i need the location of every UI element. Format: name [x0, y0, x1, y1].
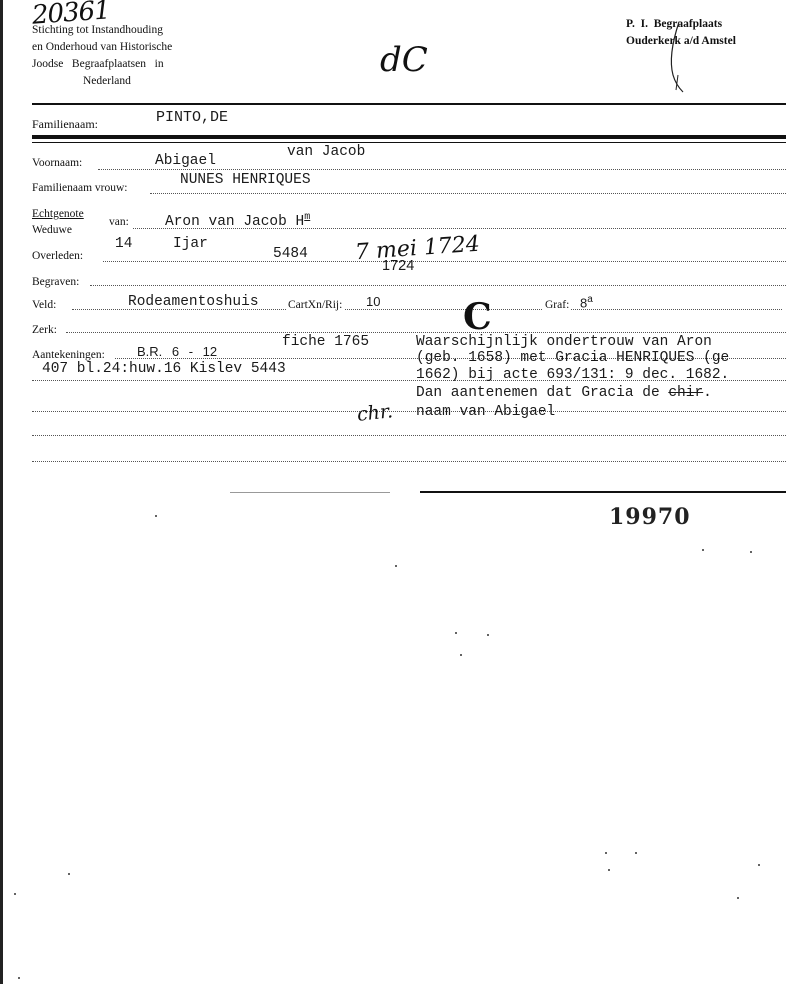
- double-rule-top: [32, 135, 786, 139]
- org-line-1: Stichting tot Instandhouding: [32, 22, 172, 39]
- scan-speck: [608, 869, 610, 871]
- aantekeningen-line-3: [32, 411, 786, 412]
- weduwe-label: Weduwe: [32, 224, 72, 236]
- note-line-3: 1662) bij acte 693/131: 9 dec. 1682.: [416, 367, 729, 383]
- familienaam-vrouw-value: NUNES HENRIQUES: [180, 172, 311, 188]
- overleden-label: Overleden:: [32, 250, 83, 262]
- aantekeningen-line1: B.R. 6 - 12: [137, 344, 217, 359]
- scan-speck: [758, 864, 760, 866]
- scan-speck: [460, 654, 462, 656]
- overleden-line: [103, 261, 786, 262]
- overleden-year-hebrew: 5484: [273, 246, 308, 262]
- org-line-4: Nederland: [32, 73, 172, 90]
- scan-speck: [395, 565, 397, 567]
- zerk-line: [66, 332, 786, 333]
- scan-speck: [605, 852, 607, 854]
- scan-speck: [14, 893, 16, 895]
- double-rule-bottom: [32, 142, 786, 143]
- struck-word: chir: [668, 385, 703, 401]
- overleden-day: 14: [115, 236, 132, 252]
- begraven-label: Begraven:: [32, 276, 79, 288]
- voornaam-label: Voornaam:: [32, 157, 82, 169]
- organisation-header: Stichting tot Instandhouding en Onderhou…: [32, 22, 172, 90]
- note-line-4-text: Dan aantenemen dat Gracia de: [416, 385, 668, 401]
- scan-edge: [0, 0, 3, 984]
- bottom-rule-faint: [230, 492, 390, 493]
- veld-value: Rodeamentoshuis: [128, 294, 259, 310]
- veld-label: Veld:: [32, 299, 56, 311]
- cart-label: CartXn/Rij:: [286, 299, 344, 311]
- familienaam-vrouw-label: Familienaam vrouw:: [32, 182, 128, 194]
- aantekeningen-label: Aantekeningen:: [32, 349, 105, 361]
- scan-speck: [18, 977, 20, 979]
- scan-speck: [155, 515, 157, 517]
- handwritten-mark-dc: dC: [380, 40, 428, 80]
- struck-suffix: .: [703, 385, 712, 401]
- scan-speck: [455, 632, 457, 634]
- handwritten-chr-note: chr.: [356, 400, 394, 426]
- begraven-line: [90, 285, 786, 286]
- zerk-label: Zerk:: [32, 324, 57, 336]
- voornaam-extra: van Jacob: [287, 144, 365, 160]
- voornaam-line: [98, 169, 786, 170]
- pen-stroke-icon: [665, 20, 689, 95]
- scan-speck: [487, 634, 489, 636]
- aantekeningen-line2: 407 bl.24:huw.16 Kislev 5443: [42, 361, 286, 377]
- cart-value: 10: [366, 294, 380, 309]
- voornaam-value: Abigael: [155, 153, 216, 169]
- scan-speck: [702, 549, 704, 551]
- echtgenote-value: Aron van Jacob Hm: [165, 212, 310, 230]
- aantekeningen-line-4: [32, 435, 786, 436]
- scan-speck: [68, 873, 70, 875]
- note-line-5: naam van Abigael: [416, 404, 555, 420]
- aantekeningen-line-5: [32, 461, 786, 462]
- scan-speck: [635, 852, 637, 854]
- graf-value: 8a: [580, 294, 593, 310]
- org-line-3: Joodse Begraafplaatsen in: [32, 56, 172, 73]
- top-rule: [32, 103, 786, 105]
- graf-label: Graf:: [543, 299, 571, 311]
- note-line-2: (geb. 1658) met Gracia HENRIQUES (ge: [416, 350, 729, 366]
- van-label: van:: [109, 216, 129, 228]
- aantekeningen-fiche: fiche 1765: [282, 334, 369, 350]
- overleden-month: Ijar: [173, 236, 208, 252]
- scan-speck: [737, 897, 739, 899]
- scan-speck: [750, 551, 752, 553]
- graf-superscript: a: [587, 294, 593, 305]
- note-line-1: Waarschijnlijk ondertrouw van Aron: [416, 334, 712, 350]
- card-number: 19970: [609, 504, 691, 530]
- echtgenote-superscript: m: [304, 212, 310, 223]
- overleden-year-typed: 1724: [382, 258, 414, 274]
- note-line-4: Dan aantenemen dat Gracia de chir.: [416, 385, 712, 401]
- echtgenote-label: Echtgenote: [32, 208, 84, 220]
- familienaam-label: Familienaam:: [32, 117, 98, 132]
- org-line-2: en Onderhoud van Historische: [32, 39, 172, 56]
- familienaam-vrouw-line: [150, 193, 786, 194]
- echtgenote-name: Aron van Jacob H: [165, 214, 304, 230]
- familienaam-value: PINTO,DE: [156, 109, 228, 126]
- bottom-rule: [420, 491, 786, 493]
